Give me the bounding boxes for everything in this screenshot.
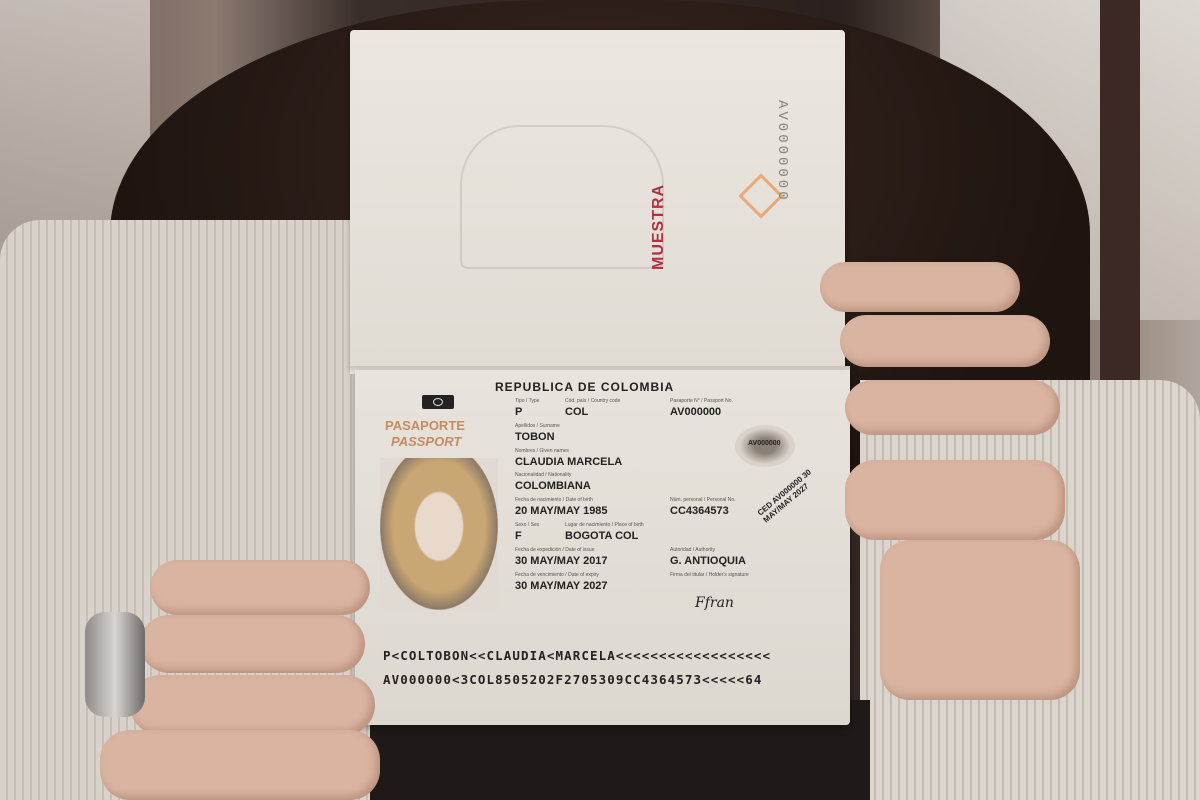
right-hand-finger — [845, 460, 1065, 540]
mrz-line-2: AV000000<3COL8505202F2705309CC4364573<<<… — [383, 672, 763, 687]
right-hand-finger — [840, 315, 1050, 367]
issue-value: 30 MAY/MAY 2017 — [515, 555, 608, 567]
passport: MUESTRA AV0000000 REPUBLICA DE COLOMBIA … — [350, 30, 850, 725]
authority-value: G. ANTIOQUIA — [670, 555, 746, 567]
passport-upper-page: MUESTRA AV0000000 — [350, 30, 845, 370]
passport-no-value: AV000000 — [670, 406, 721, 418]
country-header: REPUBLICA DE COLOMBIA — [495, 380, 674, 394]
personal-no-label: Núm. personal / Personal No. — [670, 497, 736, 503]
right-hand-palm — [880, 540, 1080, 700]
type-label: Tipo / Type — [515, 398, 539, 404]
country-label: Cód. país / Country code — [565, 398, 620, 404]
ring — [85, 612, 145, 717]
passport-data-page: REPUBLICA DE COLOMBIA PASAPORTE PASSPORT… — [355, 370, 850, 725]
authority-label: Autoridad / Authority — [670, 547, 715, 553]
right-hand-finger — [845, 380, 1060, 435]
dob-label: Fecha de nacimiento / Date of birth — [515, 497, 593, 503]
personal-no-value: CC4364573 — [670, 505, 729, 517]
left-hand-palm — [100, 730, 380, 800]
doc-title-en: PASSPORT — [391, 434, 461, 449]
sex-label: Sexo / Sex — [515, 522, 539, 528]
pob-label: Lugar de nacimiento / Place of birth — [565, 522, 644, 528]
nationality-value: COLOMBIANA — [515, 480, 591, 492]
given-names-value: CLAUDIA MARCELA — [515, 456, 622, 468]
left-hand-finger — [140, 615, 365, 673]
chip-icon — [422, 395, 454, 409]
ghost-image-number: AV000000 — [748, 440, 781, 447]
pob-value: BOGOTA COL — [565, 530, 638, 542]
left-hand-finger — [130, 675, 375, 735]
watermark-building-icon — [460, 125, 664, 269]
holder-photo — [380, 458, 498, 610]
right-hand-finger — [820, 262, 1020, 312]
expiry-value: 30 MAY/MAY 2027 — [515, 580, 608, 592]
expiry-label: Fecha de vencimiento / Date of expiry — [515, 572, 599, 578]
nationality-label: Nacionalidad / Nationality — [515, 472, 571, 478]
perforated-stamp: CED AV000000 30 MAY/MAY 2027 — [756, 466, 855, 565]
country-value: COL — [565, 406, 588, 418]
type-value: P — [515, 406, 522, 418]
dob-value: 20 MAY/MAY 1985 — [515, 505, 608, 517]
sex-value: F — [515, 530, 522, 542]
issue-label: Fecha de expedición / Date of issue — [515, 547, 595, 553]
left-hand-finger — [150, 560, 370, 615]
surname-label: Apellidos / Surname — [515, 423, 560, 429]
muestra-watermark: MUESTRA — [650, 184, 668, 270]
doc-title-es: PASAPORTE — [385, 418, 465, 433]
surname-value: TOBON — [515, 431, 555, 443]
passport-no-label: Pasaporte N° / Passport No. — [670, 398, 733, 404]
holder-signature: Ffran — [695, 595, 734, 611]
signature-label: Firma del titular / Holder's signature — [670, 572, 749, 578]
given-names-label: Nombres / Given names — [515, 448, 569, 454]
mrz-line-1: P<COLTOBON<<CLAUDIA<MARCELA<<<<<<<<<<<<<… — [383, 648, 771, 663]
perforated-number: AV0000000 — [774, 100, 790, 203]
